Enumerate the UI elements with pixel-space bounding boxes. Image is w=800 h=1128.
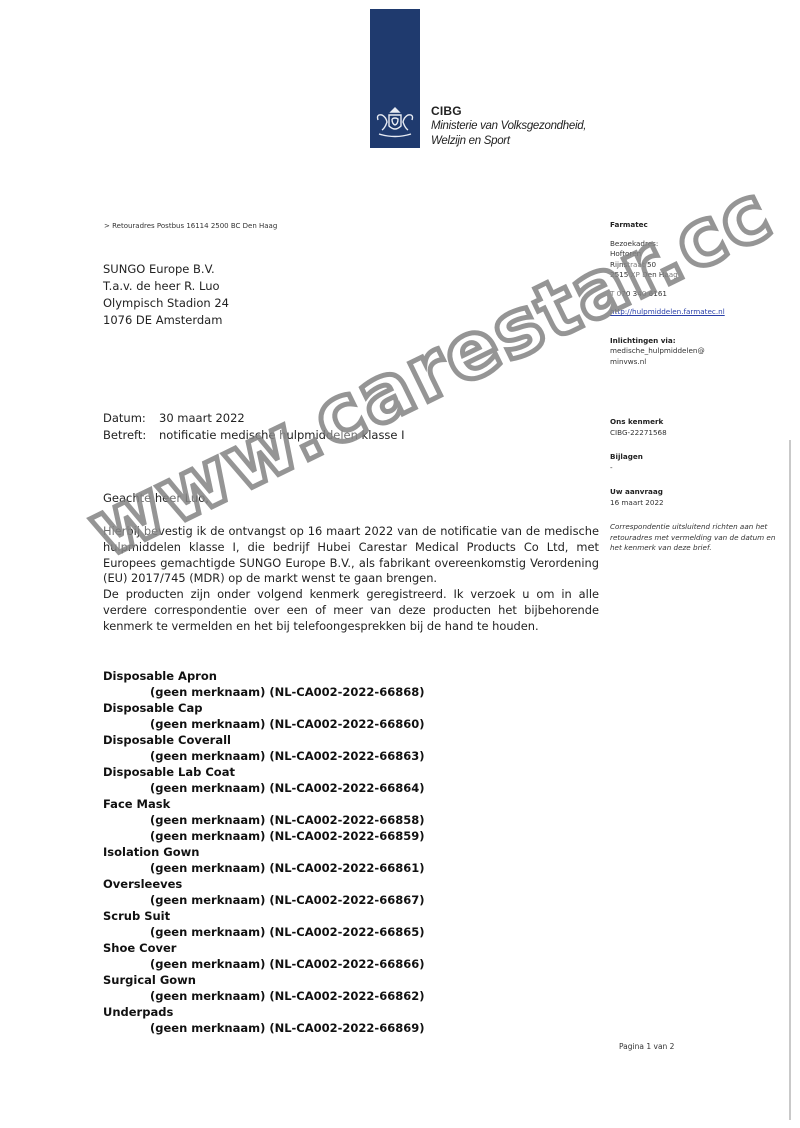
- recipient-attention: T.a.v. de heer R. Luo: [103, 278, 229, 295]
- product-registration: (geen merknaam) (NL-CA002-2022-66858): [103, 812, 424, 828]
- product-name: Surgical Gown: [103, 972, 424, 988]
- product-item: Face Mask (geen merknaam) (NL-CA002-2022…: [103, 796, 424, 844]
- royal-coat-of-arms-icon: [374, 106, 416, 140]
- info-email-line2: minvws.nl: [610, 357, 785, 368]
- subject-row: Betreft: notificatie medische hulpmiddel…: [103, 427, 405, 444]
- product-item: Disposable Apron (geen merknaam) (NL-CA0…: [103, 668, 424, 700]
- date-value: 30 maart 2022: [159, 410, 245, 427]
- product-name: Scrub Suit: [103, 908, 424, 924]
- ministry-logo-bar: [370, 9, 420, 148]
- product-item: Disposable Lab Coat (geen merknaam) (NL-…: [103, 764, 424, 796]
- attachments-label: Bijlagen: [610, 452, 785, 463]
- page-number: Pagina 1 van 2: [619, 1042, 674, 1051]
- product-name: Shoe Cover: [103, 940, 424, 956]
- visit-address-line3: 2515 XP Den Haag: [610, 270, 785, 281]
- attachments-value: -: [610, 463, 785, 474]
- date-label: Datum:: [103, 410, 159, 427]
- product-item: Scrub Suit (geen merknaam) (NL-CA002-202…: [103, 908, 424, 940]
- salutation: Geachte heer Luo,: [103, 491, 209, 505]
- correspondence-note: Correspondentie uitsluitend richten aan …: [610, 522, 785, 554]
- letter-body: Hierbij bevestig ik de ontvangst op 16 m…: [103, 524, 599, 635]
- phone-number: T 070 340 6161: [610, 289, 785, 300]
- info-block: Inlichtingen via: medische_hulpmiddelen@…: [610, 336, 785, 368]
- product-item: Oversleeves (geen merknaam) (NL-CA002-20…: [103, 876, 424, 908]
- body-paragraph-2: De producten zijn onder volgend kenmerk …: [103, 587, 599, 634]
- product-registration: (geen merknaam) (NL-CA002-2022-66861): [103, 860, 424, 876]
- visit-address-line2: Rijnstraat 50: [610, 260, 785, 271]
- ministry-name-line2: Welzijn en Sport: [431, 134, 586, 149]
- product-name: Isolation Gown: [103, 844, 424, 860]
- product-item: Underpads (geen merknaam) (NL-CA002-2022…: [103, 1004, 424, 1036]
- department-name: Farmatec: [610, 220, 785, 231]
- product-registration: (geen merknaam) (NL-CA002-2022-66868): [103, 684, 424, 700]
- product-name: Disposable Cap: [103, 700, 424, 716]
- recipient-company: SUNGO Europe B.V.: [103, 261, 229, 278]
- info-label: Inlichtingen via:: [610, 336, 785, 347]
- visit-address-line1: Hoftoren: [610, 249, 785, 260]
- product-registration: (geen merknaam) (NL-CA002-2022-66866): [103, 956, 424, 972]
- visit-address-label: Bezoekadres:: [610, 239, 785, 250]
- product-registration: (geen merknaam) (NL-CA002-2022-66867): [103, 892, 424, 908]
- product-registration: (geen merknaam) (NL-CA002-2022-66860): [103, 716, 424, 732]
- your-request-label: Uw aanvraag: [610, 487, 785, 498]
- your-request-block: Uw aanvraag 16 maart 2022: [610, 487, 785, 508]
- product-item: Disposable Cap (geen merknaam) (NL-CA002…: [103, 700, 424, 732]
- body-paragraph-1: Hierbij bevestig ik de ontvangst op 16 m…: [103, 524, 599, 587]
- letter-meta: Datum: 30 maart 2022 Betreft: notificati…: [103, 410, 405, 444]
- our-reference-value: CIBG-22271568: [610, 428, 785, 439]
- phone-block: T 070 340 6161: [610, 289, 785, 300]
- sender-sidebar: Farmatec Bezoekadres: Hoftoren Rijnstraa…: [610, 220, 785, 562]
- product-item: Isolation Gown (geen merknaam) (NL-CA002…: [103, 844, 424, 876]
- visit-address-block: Bezoekadres: Hoftoren Rijnstraat 50 2515…: [610, 239, 785, 281]
- letterhead-text: CIBG Ministerie van Volksgezondheid, Wel…: [431, 103, 586, 149]
- product-name: Disposable Coverall: [103, 732, 424, 748]
- recipient-city: 1076 DE Amsterdam: [103, 312, 229, 329]
- recipient-address: SUNGO Europe B.V. T.a.v. de heer R. Luo …: [103, 261, 229, 329]
- product-registration: (geen merknaam) (NL-CA002-2022-66862): [103, 988, 424, 1004]
- return-address: > Retouradres Postbus 16114 2500 BC Den …: [104, 222, 277, 230]
- product-name: Disposable Apron: [103, 668, 424, 684]
- product-registration: (geen merknaam) (NL-CA002-2022-66864): [103, 780, 424, 796]
- our-reference-block: Ons kenmerk CIBG-22271568: [610, 417, 785, 438]
- recipient-street: Olympisch Stadion 24: [103, 295, 229, 312]
- attachments-block: Bijlagen -: [610, 452, 785, 473]
- product-name: Underpads: [103, 1004, 424, 1020]
- product-name: Face Mask: [103, 796, 424, 812]
- website-link[interactable]: http://hulpmiddelen.farmatec.nl: [610, 307, 725, 316]
- product-registration: (geen merknaam) (NL-CA002-2022-66863): [103, 748, 424, 764]
- product-name: Oversleeves: [103, 876, 424, 892]
- department-block: Farmatec: [610, 220, 785, 231]
- subject-label: Betreft:: [103, 427, 159, 444]
- product-item: Surgical Gown (geen merknaam) (NL-CA002-…: [103, 972, 424, 1004]
- date-row: Datum: 30 maart 2022: [103, 410, 405, 427]
- subject-value: notificatie medische hulpmiddelen klasse…: [159, 427, 405, 444]
- page-edge-line: [789, 440, 791, 1120]
- org-name: CIBG: [431, 103, 586, 119]
- product-list: Disposable Apron (geen merknaam) (NL-CA0…: [103, 668, 424, 1036]
- website-block: http://hulpmiddelen.farmatec.nl: [610, 307, 785, 318]
- product-registration: (geen merknaam) (NL-CA002-2022-66869): [103, 1020, 424, 1036]
- your-request-value: 16 maart 2022: [610, 498, 785, 509]
- product-registration: (geen merknaam) (NL-CA002-2022-66865): [103, 924, 424, 940]
- info-email-line1: medische_hulpmiddelen@: [610, 346, 785, 357]
- product-item: Disposable Coverall (geen merknaam) (NL-…: [103, 732, 424, 764]
- product-registration: (geen merknaam) (NL-CA002-2022-66859): [103, 828, 424, 844]
- our-reference-label: Ons kenmerk: [610, 417, 785, 428]
- product-name: Disposable Lab Coat: [103, 764, 424, 780]
- ministry-name-line1: Ministerie van Volksgezondheid,: [431, 119, 586, 134]
- product-item: Shoe Cover (geen merknaam) (NL-CA002-202…: [103, 940, 424, 972]
